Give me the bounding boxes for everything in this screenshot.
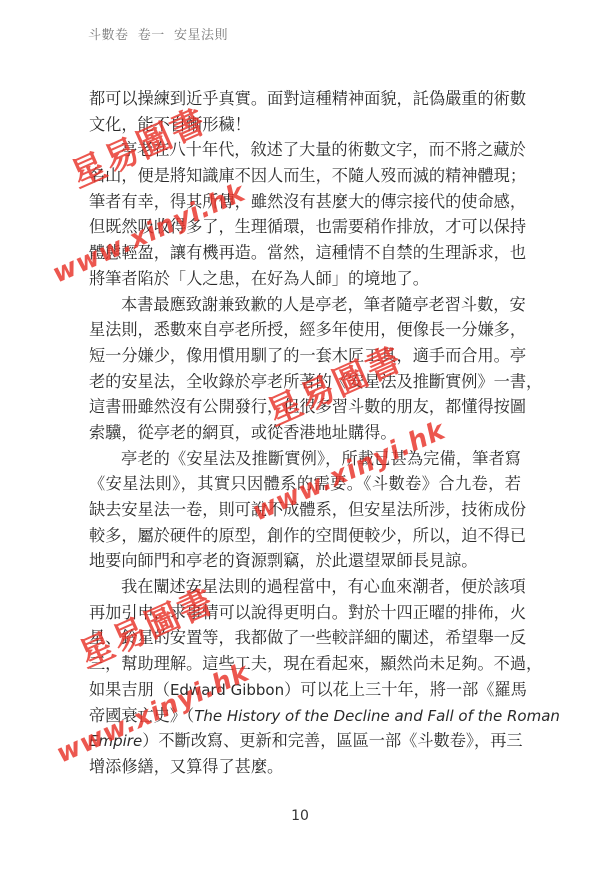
text-line-mixed: 帝國衰亡史》（The History of the Decline and Fa… [89, 703, 521, 729]
body-text: 都可以操練到近乎真實。面對這種精神面貌，託偽嚴重的術數 文化，能不自慚形穢！ 亭… [89, 86, 521, 780]
text-segment: ）可以花上三十年，將一部《羅馬 [284, 680, 527, 699]
text-line: 筆者有幸，得其所傳，雖然沒有甚麼大的傳宗接代的使命感， [89, 189, 521, 215]
text-line: 我在闡述安星法則的過程當中，有心血來潮者，便於該項 [89, 574, 521, 600]
text-line: 地要向師門和亭老的資源剽竊，於此還望眾師長見諒。 [89, 548, 521, 574]
text-line: 老的安星法，全收錄於亭老所著的《安星法及推斷實例》一書， [89, 369, 521, 395]
text-line: 將筆者陷於「人之患，在好為人師」的境地了。 [89, 266, 521, 292]
text-line-mixed: Empire）不斷改寫、更新和完善，區區一部《斗數卷》，再三 [89, 728, 521, 754]
text-line: 亭老的《安星法及推斷實例》，所載已甚為完備，筆者寫 [89, 446, 521, 472]
text-line: 三，幫助理解。這些工夫，現在看起來，顯然尚未足夠。不過， [89, 651, 521, 677]
text-line: 這書冊雖然沒有公開發行，但很多習斗數的朋友，都懂得按圖 [89, 394, 521, 420]
text-line: 索驥，從亭老的網頁，或從香港地址購得。 [89, 420, 521, 446]
text-line: 《安星法則》，其實只因體系的需要。《斗數卷》合九卷，若 [89, 471, 521, 497]
book-title-latin: The History of the Decline and Fall of t… [194, 707, 560, 725]
text-line: 缺去安星法一卷，則可說不成體系，但安星法所涉，技術成份 [89, 497, 521, 523]
text-line: 亭老在八十年代，敘述了大量的術數文字，而不將之藏於 [89, 137, 521, 163]
text-line: 文化，能不自慚形穢！ [89, 112, 521, 138]
text-line-mixed: 如果吉朋（Edward Gibbon）可以花上三十年，將一部《羅馬 [89, 677, 521, 703]
text-segment: ）不斷改寫、更新和完善，區區一部《斗數卷》，再三 [142, 731, 522, 750]
text-line: 星法則，悉數來自亭老所授，經多年使用，便像長一分嫌多， [89, 317, 521, 343]
text-line: 名山，便是將知識庫不因人而生，不隨人歿而滅的精神體現； [89, 163, 521, 189]
text-line: 體態輕盈，讓有機再造。當然，這種情不自禁的生理訴求，也 [89, 240, 521, 266]
text-line: 但既然吸收得多了，生理循環，也需要稍作排放，才可以保持 [89, 214, 521, 240]
text-line: 都可以操練到近乎真實。面對這種精神面貌，託偽嚴重的術數 [89, 86, 521, 112]
text-line: 本書最應致謝兼致歉的人是亭老，筆者隨亭老習斗數，安 [89, 292, 521, 318]
text-line: 再加引申，求事情可以說得更明白。對於十四正曜的排佈，火 [89, 600, 521, 626]
book-page: 斗數卷 卷一 安星法則 都可以操練到近乎真實。面對這種精神面貌，託偽嚴重的術數 … [0, 0, 600, 872]
page-number: 10 [0, 808, 600, 824]
running-header: 斗數卷 卷一 安星法則 [88, 24, 228, 43]
text-line: 星、鈴星的安置等，我都做了一些較詳細的闡述，希望舉一反 [89, 625, 521, 651]
book-title-latin: Empire [89, 732, 142, 750]
text-line: 增添修繕，又算得了甚麼。 [89, 754, 521, 780]
text-segment: 帝國衰亡史》（ [89, 706, 194, 725]
author-name-latin: Edward Gibbon [170, 681, 284, 699]
text-line: 短一分嫌少，像用慣用馴了的一套木匠工具，適手而合用。亭 [89, 343, 521, 369]
text-segment: 如果吉朋（ [89, 680, 170, 699]
text-line: 較多，屬於硬件的原型，創作的空間便較少，所以，迫不得已 [89, 523, 521, 549]
